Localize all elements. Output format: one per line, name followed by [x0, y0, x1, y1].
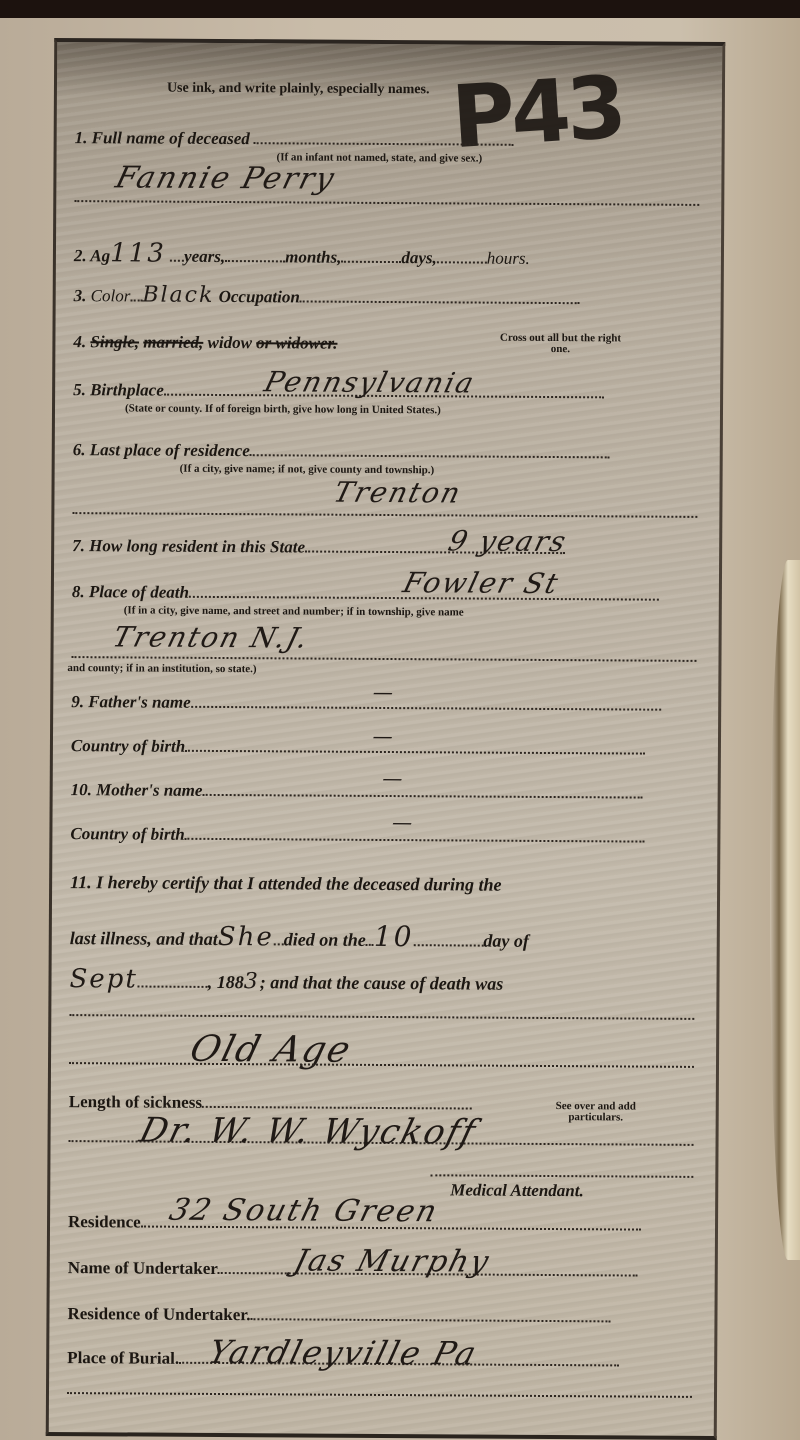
- value-marital-status: widow: [208, 333, 253, 352]
- field-undertaker-residence: Residence of Undertaker.: [67, 1304, 692, 1328]
- field-full-name: 1. Full name of deceased: [75, 128, 700, 152]
- value-age: 113: [110, 238, 166, 268]
- attendant-label: Medical Attendant.: [450, 1180, 693, 1201]
- hint-place-of-death: (If in a city, give name, and street and…: [124, 604, 697, 620]
- value-death-day: 10: [374, 920, 414, 953]
- field-last-residence: 6. Last place of residence: [73, 440, 698, 464]
- value-death-year-digit: 3: [244, 969, 260, 994]
- hint-birthplace: (State or county. If of foreign birth, g…: [125, 402, 698, 418]
- certification-line-2: last illness, and thatShedied on the10da…: [70, 918, 695, 955]
- field-age: 2. Ag113 years,months,days,hours.: [74, 238, 699, 272]
- value-death-month: Sept: [69, 964, 137, 994]
- value-residence-duration: 9 years: [445, 524, 571, 558]
- field-mother-country: Country of birth: [70, 824, 695, 848]
- value-attendant-residence: 32 South Green: [166, 1193, 443, 1230]
- certification-line-1: 11. I hereby certify that I attended the…: [70, 872, 695, 897]
- hint-full-name: (If an infant not named, state, and give…: [277, 151, 700, 166]
- field-residence-duration: 7. How long resident in this State: [72, 536, 697, 560]
- hint-marital-status: Cross out all but the right one.: [495, 333, 625, 356]
- certification-line-3: Sept, 1883; and that the cause of death …: [69, 964, 694, 998]
- hint-place-of-death-2: and county; if in an institution, so sta…: [67, 662, 696, 678]
- value-pronoun: She: [218, 922, 274, 952]
- see-over-note: See over and add particulars.: [541, 1101, 651, 1124]
- label-full-name: Full name of deceased: [92, 128, 250, 148]
- attendant-signature: Dr. W. W. Wyckoff: [135, 1111, 481, 1153]
- value-place-of-death: Fowler St: [400, 566, 563, 600]
- value-last-residence: Trenton: [330, 476, 465, 510]
- value-color: Black: [142, 283, 214, 308]
- value-birthplace: Pennsylvania: [261, 365, 479, 399]
- value-full-name: Fannie Perry: [112, 160, 339, 196]
- value-undertaker: Jas Murphy: [290, 1243, 494, 1279]
- page-curl: [770, 560, 800, 1260]
- photo-dark-top: [0, 0, 800, 18]
- value-place-of-death-city: Trenton N.J.: [109, 620, 313, 654]
- value-place-of-burial: Yardleyville Pa: [204, 1333, 482, 1373]
- death-certificate-form: Use ink, and write plainly, especially n…: [46, 38, 726, 1440]
- field-place-of-death: 8. Place of death: [72, 582, 697, 606]
- field-color: 3. ColorBlack Occupation: [74, 282, 699, 311]
